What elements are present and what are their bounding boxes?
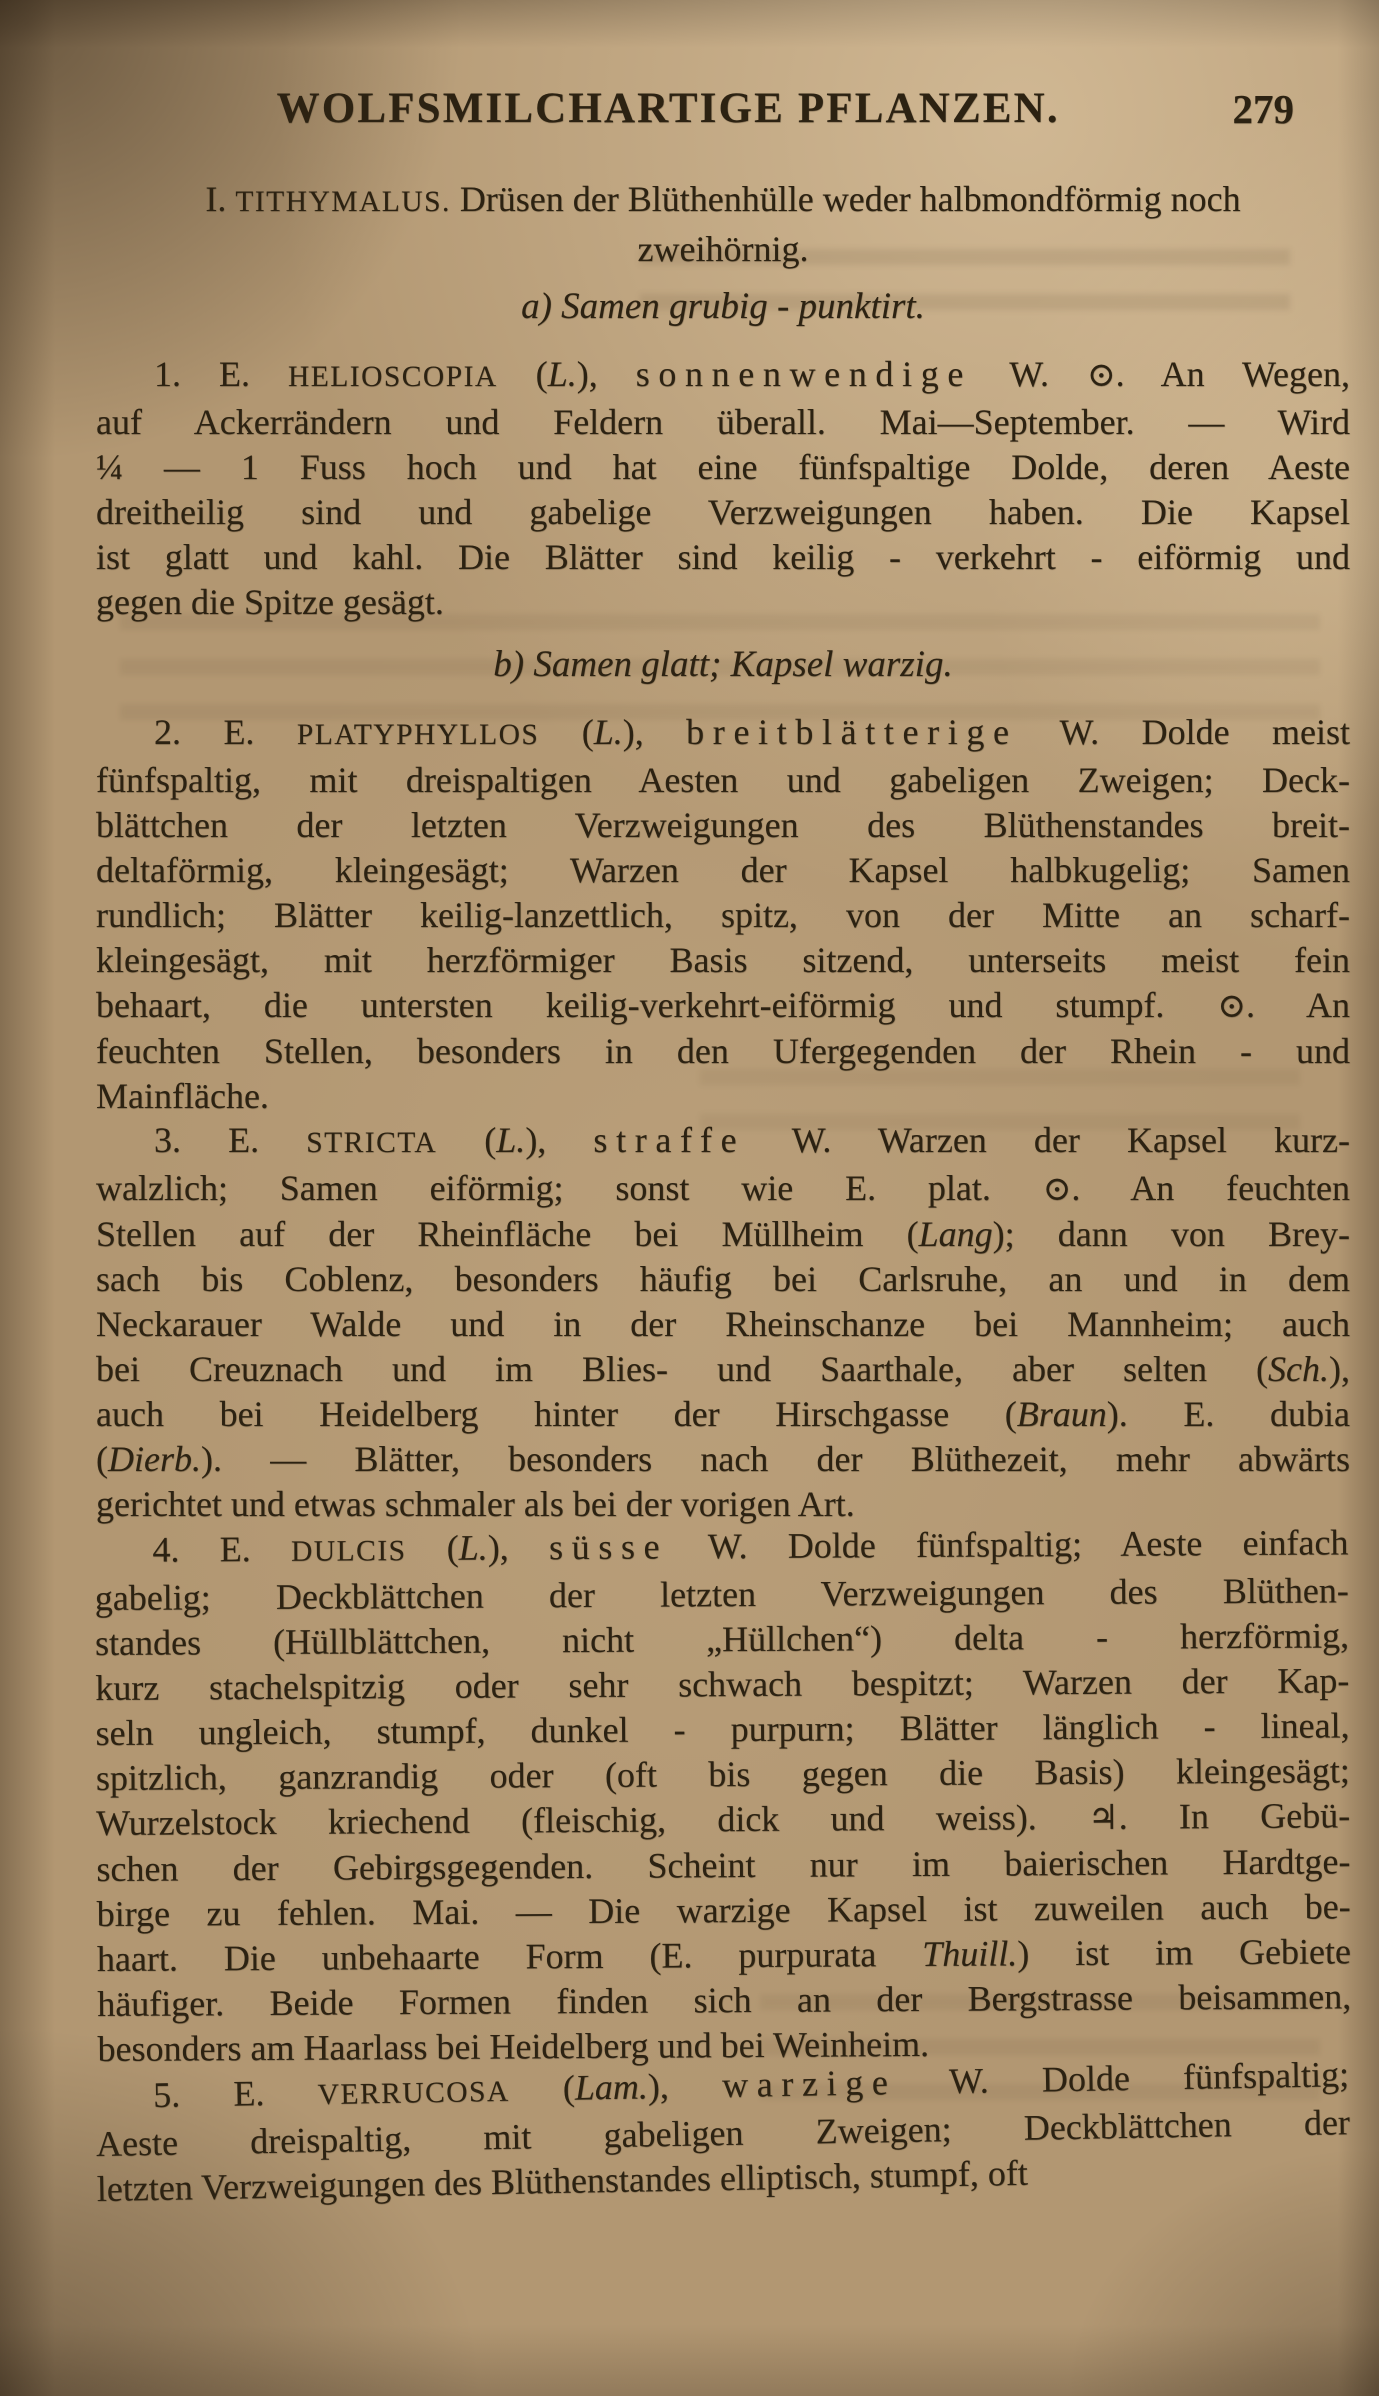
section-a-heading: a) Samen grubig - punktirt.: [96, 284, 1350, 329]
running-title: WOLFSMILCHARTIGE PFLANZEN.: [277, 84, 1060, 133]
text-run: breitblätterige: [686, 712, 1018, 752]
text-run: W. Dolde fünfspaltig; Aeste einfach: [668, 1522, 1348, 1566]
text-run: (: [96, 1439, 108, 1479]
text-line: Mainfläche.: [96, 1074, 1350, 1119]
text-run: walzlich; Samen eiförmig; sonst wie E. p…: [96, 1168, 1043, 1208]
genus-heading: I. TITHYMALUS. Drüsen der Blüthenhülle w…: [96, 176, 1350, 273]
text-run: L.: [496, 1120, 525, 1160]
text-run: spitzlich, ganzrandig oder (oft bis gege…: [96, 1750, 1350, 1798]
text-run: ). — Blätter, besonders nach der Blüthez…: [201, 1439, 1350, 1479]
perennial-plant-symbol: ♃: [1088, 1800, 1119, 1837]
text-run: straffe: [593, 1120, 745, 1160]
text-run: Wurzelstock kriechend (fleischig, dick u…: [96, 1797, 1088, 1843]
text-run: 4. E.: [152, 1529, 291, 1570]
text-line: Wurzelstock kriechend (fleischig, dick u…: [96, 1793, 1350, 1847]
species-4-paragraph: 4. E. DULCIS (L.), süsse W. Dolde fünfsp…: [94, 1520, 1351, 2072]
text-line: auf Ackerrändern und Feldern überall. Ma…: [96, 400, 1350, 445]
text-run: ),: [1329, 1349, 1350, 1389]
text-line: I. TITHYMALUS. Drüsen der Blüthenhülle w…: [96, 176, 1350, 226]
text-run: schen der Gebirgsgegenden. Scheint nur i…: [96, 1841, 1350, 1889]
text-run: (: [498, 354, 548, 394]
text-run: I.: [205, 179, 235, 219]
text-run: Stellen auf der Rheinfläche bei Müllheim…: [96, 1214, 919, 1254]
text-run: sach bis Coblenz, besonders häufig bei C…: [96, 1259, 1350, 1299]
text-run: ); dann von Brey-: [993, 1214, 1350, 1254]
text-run: deltaförmig, kleingesägt; Warzen der Kap…: [96, 850, 1350, 890]
text-line: bei Creuznach und im Blies- und Saarthal…: [96, 1347, 1350, 1392]
text-line: feuchten Stellen, besonders in den Uferg…: [96, 1029, 1350, 1074]
text-line: a) Samen grubig - punktirt.: [96, 284, 1350, 329]
text-line: deltaförmig, kleingesägt; Warzen der Kap…: [96, 848, 1350, 893]
text-run: b) Samen glatt; Kapsel warzig.: [493, 644, 952, 685]
text-run: Dierb.: [108, 1439, 201, 1479]
text-line: seln ungleich, stumpf, dunkel - purpurn;…: [95, 1703, 1349, 1756]
annual-plant-symbol: ⊙: [1217, 988, 1246, 1025]
section-b-heading: b) Samen glatt; Kapsel warzig.: [96, 642, 1350, 687]
text-run: ),: [525, 1120, 593, 1160]
text-run: VERRUCOSA: [317, 2076, 510, 2111]
text-run: ),: [623, 712, 686, 752]
species-3-paragraph: 3. E. STRICTA (L.), straffe W. Warzen de…: [96, 1118, 1350, 1527]
text-run: L.: [459, 1528, 488, 1568]
text-run: ¼ — 1 Fuss hoch und hat eine fünfspaltig…: [96, 447, 1350, 487]
text-line: walzlich; Samen eiförmig; sonst wie E. p…: [96, 1166, 1350, 1212]
text-line: häufiger. Beide Formen finden sich an de…: [97, 1974, 1351, 2027]
text-run: ),: [488, 1527, 550, 1567]
text-run: . An: [1246, 985, 1350, 1025]
text-run: dreitheilig sind und gabelige Verzweigun…: [96, 492, 1350, 532]
text-run: L.: [548, 354, 577, 394]
text-run: Thuill.: [922, 1933, 1017, 1974]
book-page-scan: WOLFSMILCHARTIGE PFLANZEN. 279 I. TITHYM…: [0, 0, 1379, 2396]
text-run: PLATYPHYLLOS: [297, 719, 539, 751]
text-line: dreitheilig sind und gabelige Verzweigun…: [96, 490, 1350, 535]
text-run: . In Gebü-: [1119, 1795, 1351, 1836]
text-run: DULCIS: [291, 1535, 407, 1568]
text-run: auch bei Heidelberg hinter der Hirschgas…: [96, 1394, 1017, 1434]
text-line: standes (Hüllblättchen, nicht „Hüllchen“…: [95, 1613, 1349, 1666]
text-line: Stellen auf der Rheinfläche bei Müllheim…: [96, 1212, 1350, 1257]
text-line: haart. Die unbehaarte Form (E. purpurata…: [97, 1929, 1351, 1982]
species-1-paragraph: 1. E. HELIOSCOPIA (L.), sonnenwendige W.…: [96, 352, 1350, 625]
text-run: blättchen der letzten Verzweigungen des …: [96, 805, 1350, 845]
page-header: WOLFSMILCHARTIGE PFLANZEN. 279: [96, 84, 1350, 138]
text-run: seln ungleich, stumpf, dunkel - purpurn;…: [95, 1705, 1349, 1753]
text-line: ¼ — 1 Fuss hoch und hat eine fünfspaltig…: [96, 445, 1350, 490]
text-line: schen der Gebirgsgegenden. Scheint nur i…: [96, 1839, 1350, 1892]
text-run: warzige: [722, 2062, 897, 2105]
text-run: zweihörnig.: [638, 229, 809, 269]
text-run: 1. E.: [154, 354, 288, 394]
text-run: HELIOSCOPIA: [288, 361, 498, 393]
text-line: kurz stachelspitzig oder sehr schwach be…: [95, 1658, 1349, 1711]
text-run: Neckarauer Walde und in der Rheinschanze…: [96, 1304, 1350, 1344]
species-5-paragraph: 5. E. VERRUCOSA (Lam.), warzige W. Dolde…: [95, 2052, 1351, 2212]
text-run: gegen die Spitze gesägt.: [96, 582, 444, 622]
text-run: 3. E.: [154, 1120, 306, 1160]
text-run: kurz stachelspitzig oder sehr schwach be…: [95, 1660, 1349, 1708]
text-line: (Dierb.). — Blätter, besonders nach der …: [96, 1437, 1350, 1482]
text-run: W. Dolde meist: [1018, 712, 1350, 752]
text-run: häufiger. Beide Formen finden sich an de…: [97, 1976, 1351, 2024]
text-run: Drüsen der Blüthenhülle weder halbmondfö…: [451, 179, 1241, 219]
annual-plant-symbol: ⊙: [1043, 1171, 1072, 1208]
text-run: fünfspaltig, mit dreispaltigen Aesten un…: [96, 760, 1350, 800]
text-line: gabelig; Deckblättchen der letzten Verzw…: [95, 1568, 1349, 1621]
text-run: gerichtet und etwas schmaler als bei der…: [96, 1484, 855, 1524]
text-line: birge zu fehlen. Mai. — Die warzige Kaps…: [97, 1884, 1351, 1937]
text-line: 1. E. HELIOSCOPIA (L.), sonnenwendige W.…: [96, 352, 1350, 400]
text-line: gegen die Spitze gesägt.: [96, 580, 1350, 625]
text-run: . An feuchten: [1071, 1168, 1350, 1208]
text-run: L.: [594, 712, 623, 752]
text-run: STRICTA: [306, 1127, 437, 1159]
text-line: ist glatt und kahl. Die Blätter sind kei…: [96, 535, 1350, 580]
text-run: gabelig; Deckblättchen der letzten Verzw…: [95, 1570, 1349, 1618]
text-run: . An Wegen,: [1116, 354, 1350, 394]
text-run: Braun: [1017, 1394, 1107, 1434]
text-run: rundlich; Blätter keilig-lanzettlich, sp…: [96, 895, 1350, 935]
text-line: fünfspaltig, mit dreispaltigen Aesten un…: [96, 758, 1350, 803]
text-run: 2. E.: [154, 712, 297, 752]
text-run: süsse: [549, 1527, 668, 1568]
text-line: gerichtet und etwas schmaler als bei der…: [96, 1482, 1350, 1527]
text-run: TITHYMALUS.: [235, 186, 450, 218]
species-2-paragraph: 2. E. PLATYPHYLLOS (L.), breitblätterige…: [96, 710, 1350, 1119]
text-run: ) ist im Gebiete: [1017, 1931, 1351, 1973]
text-run: (: [539, 712, 593, 752]
page-number: 279: [1233, 85, 1295, 133]
text-run: W.: [972, 354, 1087, 394]
text-line: behaart, die untersten keilig-verkehrt-e…: [96, 983, 1350, 1029]
text-line: Neckarauer Walde und in der Rheinschanze…: [96, 1302, 1350, 1347]
text-run: ),: [647, 2065, 722, 2106]
text-run: (: [509, 2068, 575, 2109]
text-run: ist glatt und kahl. Die Blätter sind kei…: [96, 537, 1350, 577]
text-run: ),: [577, 354, 636, 394]
text-run: Sch.: [1268, 1349, 1329, 1389]
text-run: a) Samen grubig - punktirt.: [521, 286, 925, 327]
text-run: W. Warzen der Kapsel kurz-: [745, 1120, 1350, 1160]
text-run: birge zu fehlen. Mai. — Die warzige Kaps…: [97, 1886, 1351, 1934]
text-run: feuchten Stellen, besonders in den Uferg…: [96, 1031, 1350, 1071]
text-run: 5. E.: [153, 2072, 318, 2115]
text-run: sonnenwendige: [636, 354, 972, 394]
text-run: haart. Die unbehaarte Form (E. purpurata: [97, 1934, 922, 1979]
text-run: W. Dolde fünfspaltig;: [896, 2054, 1349, 2102]
text-line: auch bei Heidelberg hinter der Hirschgas…: [96, 1392, 1350, 1437]
text-line: blättchen der letzten Verzweigungen des …: [96, 803, 1350, 848]
text-run: Lam.: [574, 2066, 648, 2107]
text-run: ). E. dubia: [1107, 1394, 1350, 1434]
text-run: (: [437, 1120, 496, 1160]
text-line: spitzlich, ganzrandig oder (oft bis gege…: [96, 1748, 1350, 1801]
text-run: behaart, die untersten keilig-verkehrt-e…: [96, 985, 1217, 1025]
text-run: Lang: [919, 1214, 993, 1254]
annual-plant-symbol: ⊙: [1087, 357, 1116, 394]
text-run: standes (Hüllblättchen, nicht „Hüllchen“…: [95, 1615, 1349, 1663]
text-line: kleingesägt, mit herzförmiger Basis sitz…: [96, 938, 1350, 983]
text-line: 2. E. PLATYPHYLLOS (L.), breitblätterige…: [96, 710, 1350, 758]
text-run: auf Ackerrändern und Feldern überall. Ma…: [96, 402, 1350, 442]
text-line: 4. E. DULCIS (L.), süsse W. Dolde fünfsp…: [94, 1520, 1348, 1576]
text-run: kleingesägt, mit herzförmiger Basis sitz…: [96, 940, 1350, 980]
text-run: Mainfläche.: [96, 1076, 269, 1116]
text-line: sach bis Coblenz, besonders häufig bei C…: [96, 1257, 1350, 1302]
text-line: rundlich; Blätter keilig-lanzettlich, sp…: [96, 893, 1350, 938]
text-run: bei Creuznach und im Blies- und Saarthal…: [96, 1349, 1268, 1389]
text-line: zweihörnig.: [96, 226, 1350, 273]
text-line: 3. E. STRICTA (L.), straffe W. Warzen de…: [96, 1118, 1350, 1166]
text-run: (: [406, 1528, 459, 1568]
text-line: b) Samen glatt; Kapsel warzig.: [96, 642, 1350, 687]
